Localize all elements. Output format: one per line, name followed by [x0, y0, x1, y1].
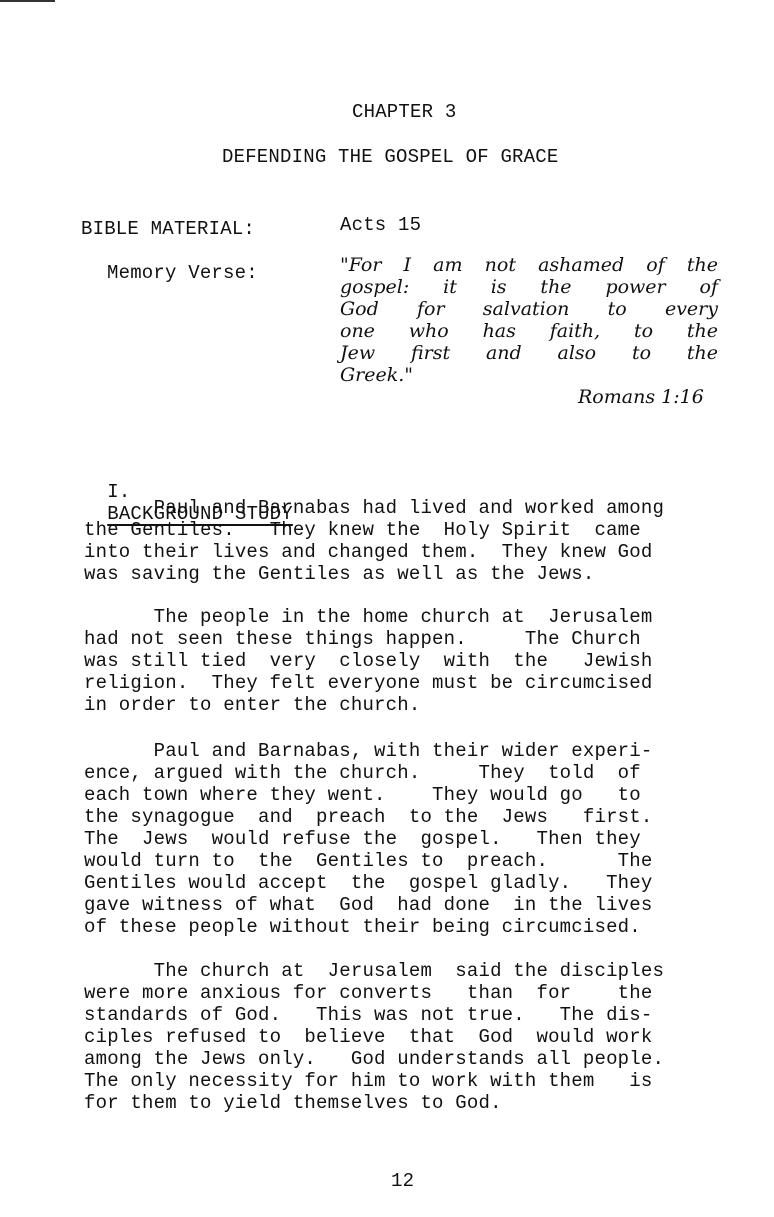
text-line: had not seen these things happen. The Ch…: [84, 628, 734, 650]
text-line: ciples refused to believe that God would…: [84, 1026, 734, 1048]
bible-material-value: Acts 15: [340, 214, 421, 236]
text-line: was still tied very closely with the Jew…: [84, 650, 734, 672]
text-line: the synagogue and preach to the Jews fir…: [84, 806, 734, 828]
text-line: The church at Jerusalem said the discipl…: [84, 960, 734, 982]
text-line: standards of God. This was not true. The…: [84, 1004, 734, 1026]
text-line: in order to enter the church.: [84, 694, 734, 716]
text-line: into their lives and changed them. They …: [84, 541, 734, 563]
bible-material-label: BIBLE MATERIAL:: [81, 218, 255, 240]
text-line: was saving the Gentiles as well as the J…: [84, 563, 734, 585]
chapter-label: CHAPTER 3: [352, 101, 456, 123]
text-line: were more anxious for converts than for …: [84, 982, 734, 1004]
verse-reference: Romans 1:16: [578, 386, 704, 408]
text-line: ence, argued with the church. They told …: [84, 762, 734, 784]
text-line: Paul and Barnabas, with their wider expe…: [84, 740, 734, 762]
page-number: 12: [391, 1170, 414, 1192]
text-line: The Jews would refuse the gospel. Then t…: [84, 828, 734, 850]
verse-line: Greek.": [340, 364, 413, 386]
text-line: of these people without their being circ…: [84, 916, 734, 938]
text-line: religion. They felt everyone must be cir…: [84, 672, 734, 694]
verse-line: one who has faith, to the: [340, 320, 718, 342]
scan-edge-mark: [0, 0, 55, 2]
text-line: The people in the home church at Jerusal…: [84, 606, 734, 628]
memory-verse-label: Memory Verse:: [107, 262, 258, 284]
text-line: gave witness of what God had done in the…: [84, 894, 734, 916]
text-line: The only necessity for him to work with …: [84, 1070, 734, 1092]
verse-line: Jew first and also to the: [340, 342, 718, 364]
text-line: would turn to the Gentiles to preach. Th…: [84, 850, 734, 872]
text-line: Gentiles would accept the gospel gladly.…: [84, 872, 734, 894]
chapter-title: DEFENDING THE GOSPEL OF GRACE: [222, 146, 558, 168]
text-line: each town where they went. They would go…: [84, 784, 734, 806]
text-line: for them to yield themselves to God.: [84, 1092, 734, 1114]
verse-line: God for salvation to every: [340, 298, 718, 320]
text-line: among the Jews only. God understands all…: [84, 1048, 734, 1070]
text-line: the Gentiles. They knew the Holy Spirit …: [84, 519, 734, 541]
text-line: Paul and Barnabas had lived and worked a…: [84, 497, 734, 519]
verse-line: gospel: it is the power of: [340, 276, 718, 298]
verse-line: "For I am not ashamed of the: [340, 254, 718, 276]
